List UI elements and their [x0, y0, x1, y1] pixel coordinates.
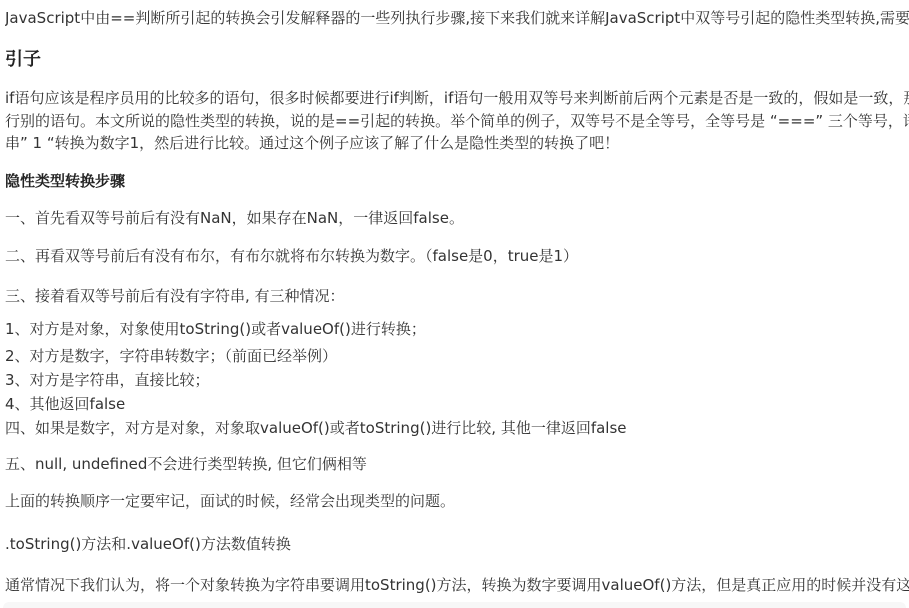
substep-item-4: 4、其他返回false: [5, 394, 909, 414]
article-page: JavaScript中由==判断所引起的转换会引发解释器的一些列执行步骤,接下来…: [0, 0, 909, 608]
substep-item-3: 3、对方是字符串，直接比较；: [5, 370, 909, 390]
step-item-2: 二、再看双等号前后有没有布尔，有布尔就将布尔转换为数字。（false是0，tru…: [5, 246, 909, 266]
intro-paragraph: if语句应该是程序员用的比较多的语句，很多时候都要进行if判断，if语句一般用双…: [5, 87, 909, 155]
paragraph-line: 行别的语句。本文所说的隐性类型的转换，说的是==引起的转换。举个简单的例子，双等…: [5, 110, 909, 133]
note-line: 上面的转换顺序一定要牢记，面试的时候，经常会出现类型的问题。: [5, 491, 909, 511]
section-heading-intro: 引子: [5, 48, 909, 72]
step-item-3: 三、接着看双等号前后有没有字符串, 有三种情况：: [5, 286, 909, 306]
intro-line: JavaScript中由==判断所引起的转换会引发解释器的一些列执行步骤,接下来…: [5, 9, 909, 28]
paragraph-line: if语句应该是程序员用的比较多的语句，很多时候都要进行if判断，if语句一般用双…: [5, 87, 909, 110]
section-heading-steps: 隐性类型转换步骤: [5, 171, 909, 191]
step-item-5: 五、null, undefined不会进行类型转换, 但它们俩相等: [5, 454, 909, 474]
step-item-4: 四、如果是数字，对方是对象，对象取valueOf()或者toString()进行…: [5, 418, 909, 438]
code-block-top: [3, 602, 906, 608]
closing-line: 通常情况下我们认为，将一个对象转换为字符串要调用toString()方法，转换为…: [5, 575, 909, 595]
substep-item-2: 2、对方是数字，字符串转数字；（前面已经举例）: [5, 346, 909, 366]
step-item-1: 一、首先看双等号前后有没有NaN，如果存在NaN，一律返回false。: [5, 208, 909, 228]
method-heading: .toString()方法和.valueOf()方法数值转换: [5, 534, 909, 554]
substep-item-1: 1、对方是对象，对象使用toString()或者valueOf()进行转换；: [5, 319, 909, 339]
paragraph-line: 串” 1 “转换为数字1，然后进行比较。通过这个例子应该了解了什么是隐性类型的转…: [5, 132, 909, 155]
